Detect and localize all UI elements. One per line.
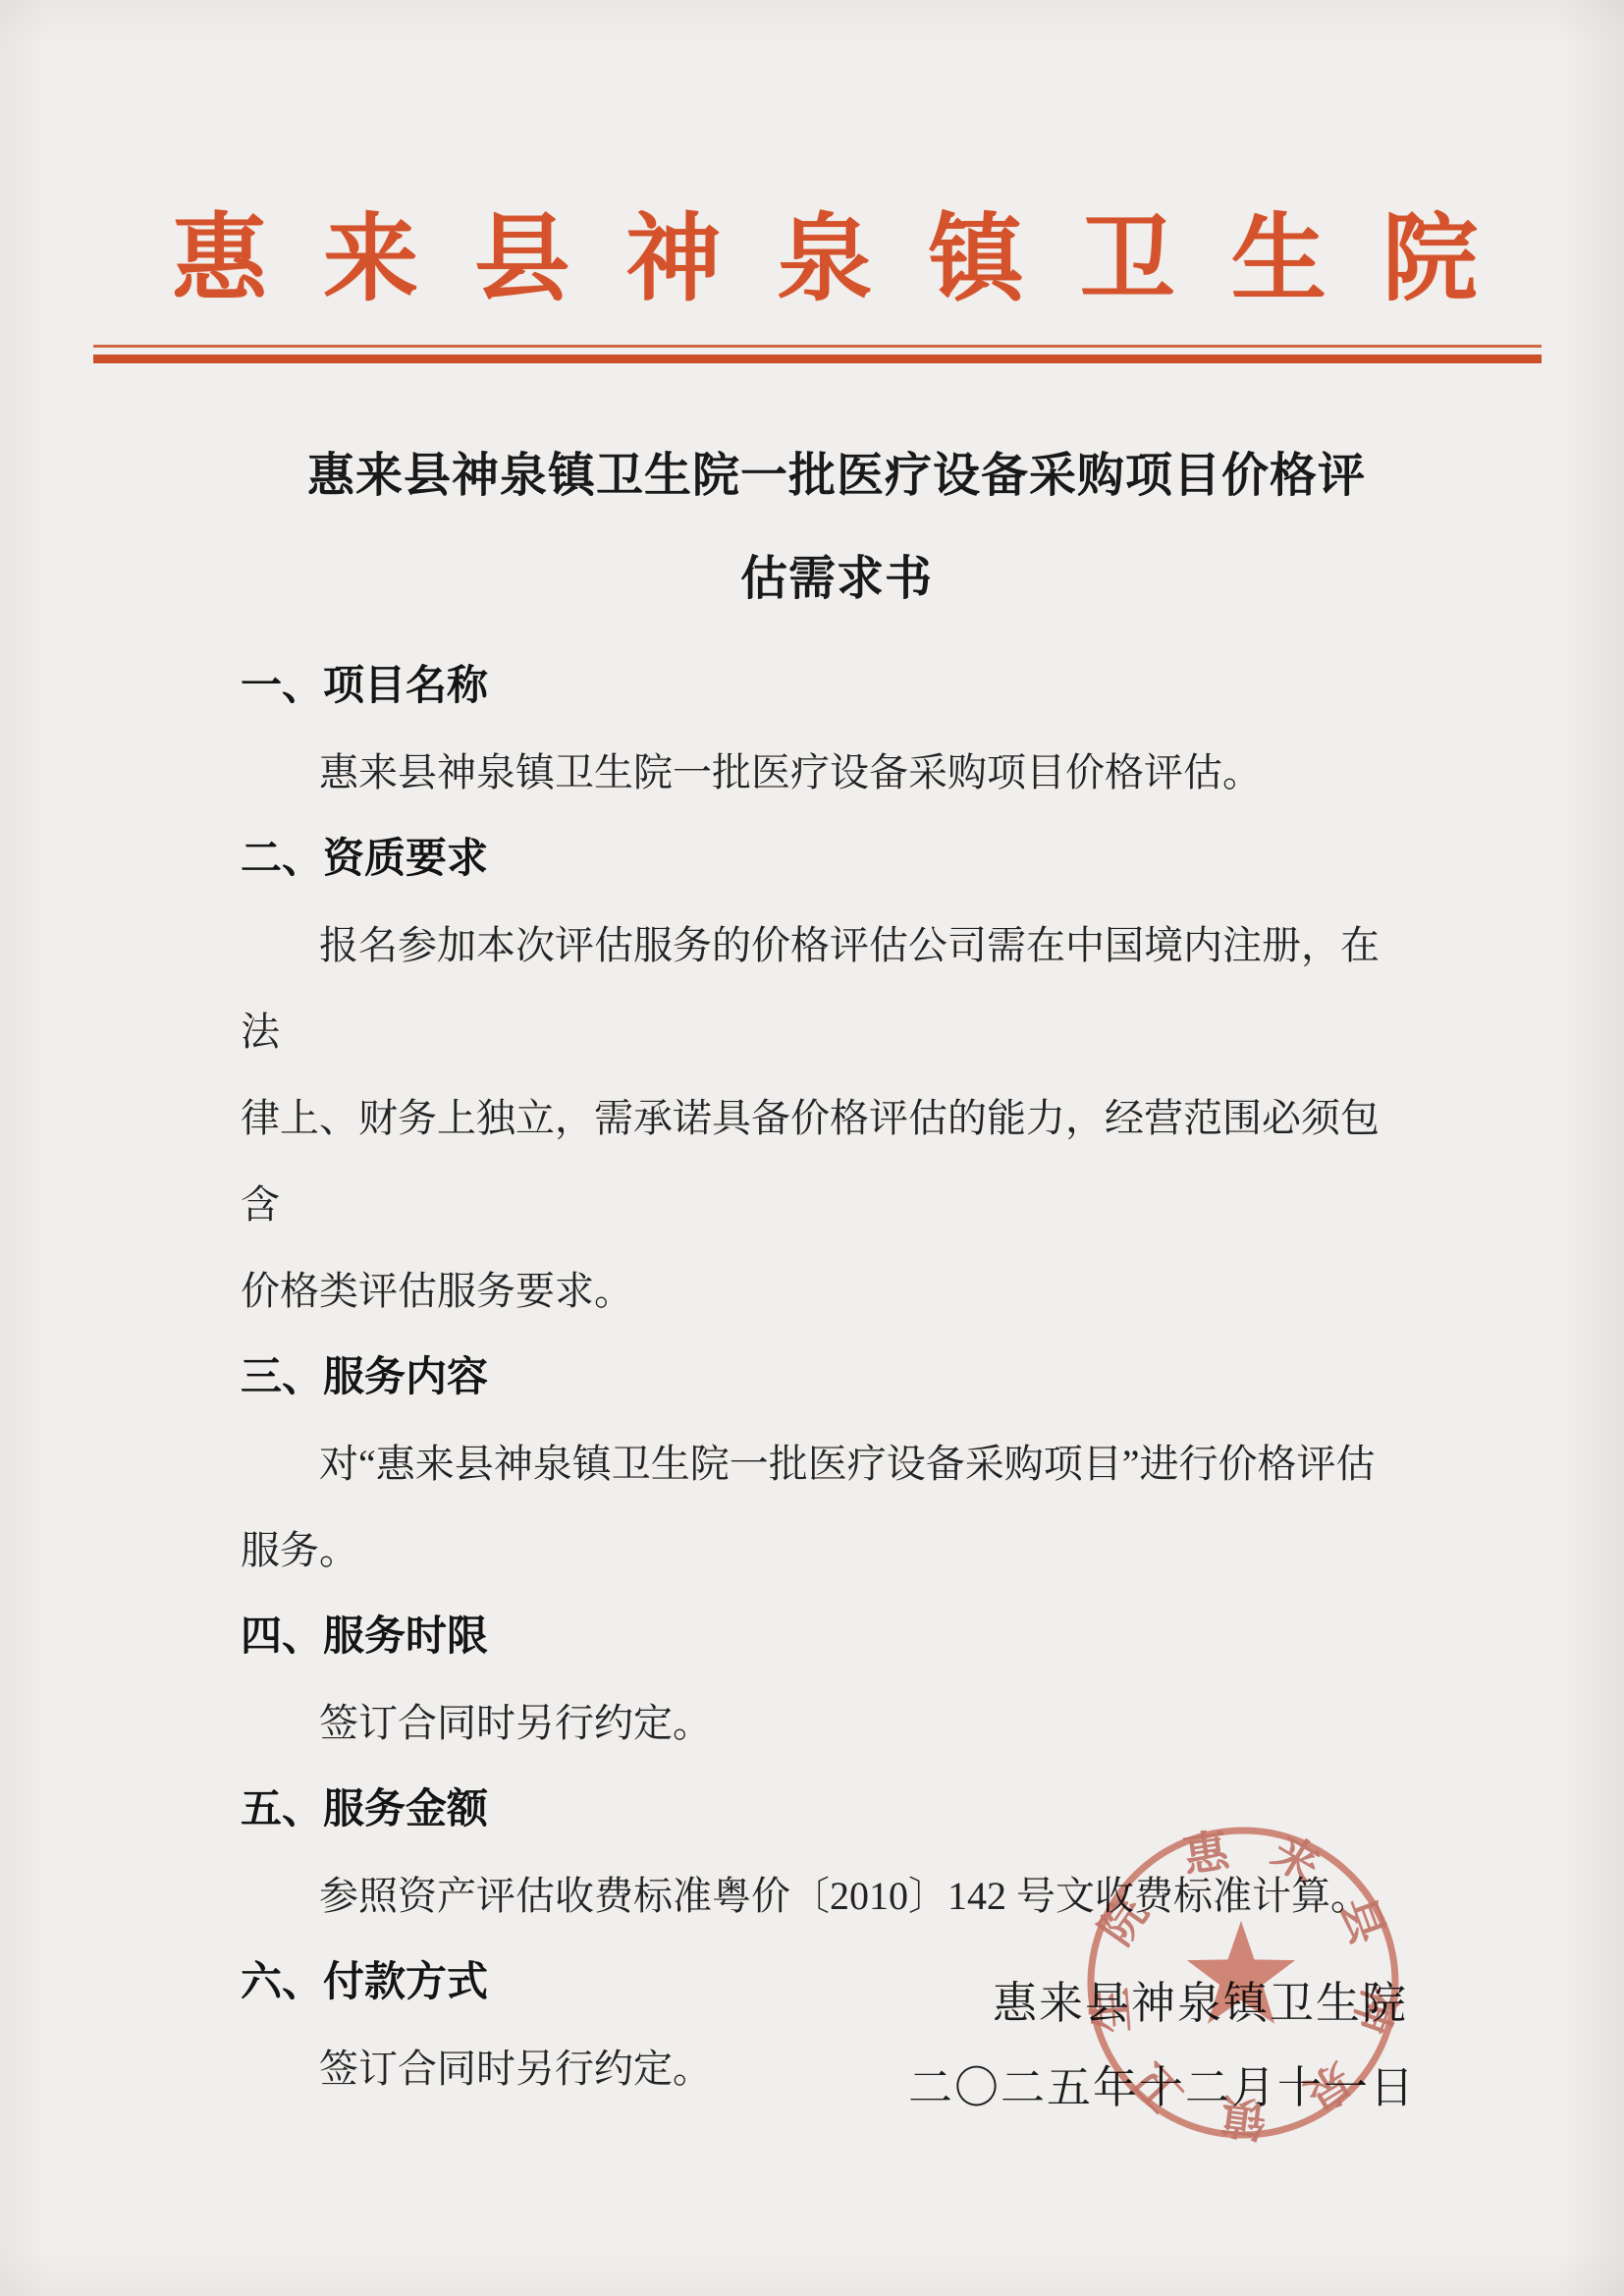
scanned-document-page: 惠 来 县 神 泉 镇 卫 生 院 惠来县神泉镇卫生院一批医疗设备采购项目价格评… (0, 0, 1624, 2296)
section-1-line: 惠来县神泉镇卫生院一批医疗设备采购项目价格评估。 (241, 730, 1409, 816)
section-2-line: 律上、财务上独立，需承诺具备价格评估的能力，经营范围必须包含 (241, 1075, 1409, 1248)
section-heading-3: 三、服务内容 (241, 1335, 1409, 1421)
letterhead-char: 来 (323, 208, 418, 313)
letterhead-rule-thick (93, 355, 1542, 363)
letterhead-title: 惠 来 县 神 泉 镇 卫 生 院 (172, 208, 1478, 313)
letterhead-char: 院 (1382, 208, 1478, 313)
section-2-line: 价格类评估服务要求。 (241, 1248, 1409, 1335)
section-4-line: 签订合同时另行约定。 (241, 1680, 1409, 1767)
official-seal-stamp: 惠来县神泉镇卫生院 (1081, 1821, 1405, 2145)
star-icon (1187, 1921, 1295, 2024)
section-2-line: 报名参加本次评估服务的价格评估公司需在中国境内注册，在法 (241, 902, 1409, 1075)
letterhead-char: 惠 (172, 208, 267, 313)
letterhead-char: 神 (625, 208, 721, 313)
letterhead-rule-thin (93, 345, 1542, 348)
section-heading-1: 一、项目名称 (241, 643, 1409, 730)
letterhead-char: 县 (474, 208, 569, 313)
section-3-line: 服务。 (241, 1507, 1409, 1594)
document-title-line1: 惠来县神泉镇卫生院一批医疗设备采购项目价格评 (241, 424, 1433, 527)
document-title-line2: 估需求书 (241, 527, 1433, 630)
section-heading-4: 四、服务时限 (241, 1594, 1409, 1680)
document-title: 惠来县神泉镇卫生院一批医疗设备采购项目价格评 估需求书 (241, 424, 1433, 630)
letterhead-char: 泉 (778, 208, 873, 313)
letterhead-char: 卫 (1080, 208, 1175, 313)
section-heading-2: 二、资质要求 (241, 816, 1409, 902)
section-3-line: 对“惠来县神泉镇卫生院一批医疗设备采购项目”进行价格评估 (241, 1421, 1409, 1507)
letterhead-char: 镇 (929, 208, 1024, 313)
letterhead-char: 生 (1231, 208, 1326, 313)
